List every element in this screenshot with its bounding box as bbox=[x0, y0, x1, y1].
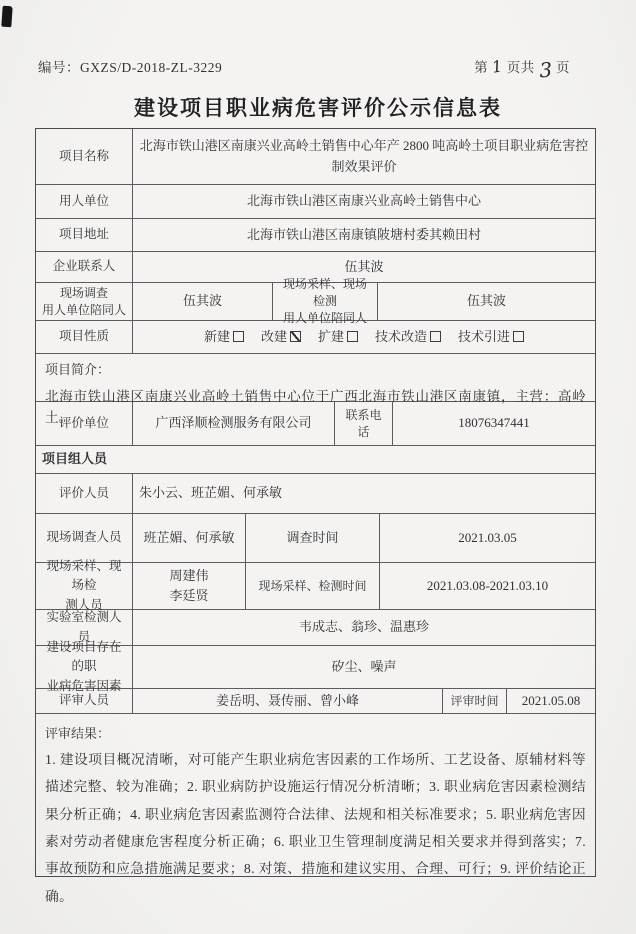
row-review-result: 评审结果： 1. 建设项目概况清晰，对可能产生职业病危害因素的工作场所、工艺设备… bbox=[36, 713, 595, 876]
survey-personnel-label: 现场调查人员 bbox=[36, 514, 132, 562]
row-evaluator-org: 评价单位 广西泽顺检测服务有限公司 联系电话 18076347441 bbox=[36, 401, 595, 445]
survey-escort-value: 伍其波 bbox=[132, 283, 272, 320]
row-project-nature: 项目性质 新建 改建 扩建 技术改造 技术引进 bbox=[36, 320, 595, 353]
project-intro-label: 项目简介： bbox=[45, 360, 110, 380]
project-nature-options: 新建 改建 扩建 技术改造 技术引进 bbox=[132, 321, 595, 353]
checkbox-tech-transform-icon bbox=[430, 331, 441, 342]
sampling-escort-label: 现场采样、现场检测 用人单位陪同人 bbox=[272, 283, 377, 320]
option-new: 新建 bbox=[204, 327, 244, 347]
row-hazards: 建设项目存在的职 业病危害因素 矽尘、噪声 bbox=[36, 645, 595, 688]
handwritten-total-pages: 3 bbox=[538, 58, 553, 83]
row-employer: 用人单位 北海市铁山港区南康兴业高岭土销售中心 bbox=[36, 184, 595, 218]
row-escort: 现场调查 用人单位陪同人 伍其波 现场采样、现场检测 用人单位陪同人 伍其波 bbox=[36, 282, 595, 320]
team-header: 项目组人员 bbox=[36, 446, 595, 473]
form-title: 建设项目职业病危害评价公示信息表 bbox=[0, 92, 636, 122]
row-project-intro: 项目简介： 北海市铁山港区南康兴业高岭土销售中心位于广西北海市铁山港区南康镇，主… bbox=[36, 353, 595, 401]
employer-value: 北海市铁山港区南康兴业高岭土销售中心 bbox=[132, 185, 595, 218]
review-result-text: 1. 建设项目概况清晰，对可能产生职业病危害因素的工作场所、工艺设备、原辅材料等… bbox=[45, 746, 586, 910]
option-rebuild: 改建 bbox=[261, 327, 301, 347]
page-number: 第1页共3页 bbox=[474, 53, 570, 77]
survey-time-label: 调查时间 bbox=[245, 514, 379, 562]
employer-label: 用人单位 bbox=[36, 185, 132, 218]
review-time-label: 评审时间 bbox=[442, 689, 506, 713]
evaluator-org-label: 评价单位 bbox=[36, 402, 132, 445]
row-review: 评审人员 姜岳明、聂传丽、曾小峰 评审时间 2021.05.08 bbox=[36, 688, 595, 713]
page-number-suffix: 页 bbox=[556, 60, 570, 75]
address-label: 项目地址 bbox=[36, 219, 132, 251]
contact-label: 企业联系人 bbox=[36, 252, 132, 282]
evaluators-value: 朱小云、班芷媚、何承敏 bbox=[132, 474, 595, 513]
project-name-label: 项目名称 bbox=[36, 129, 132, 184]
doc-number-value: GXZS/D-2018-ZL-3229 bbox=[80, 60, 222, 75]
checkbox-expand-icon bbox=[347, 331, 358, 342]
row-address: 项目地址 北海市铁山港区南康镇陂塘村委其赖田村 bbox=[36, 218, 595, 251]
survey-time-value: 2021.03.05 bbox=[379, 514, 595, 562]
row-evaluators: 评价人员 朱小云、班芷媚、何承敏 bbox=[36, 473, 595, 513]
row-project-name: 项目名称 北海市铁山港区南康兴业高岭土销售中心年产 2800 吨高岭土项目职业病… bbox=[36, 129, 595, 184]
lab-personnel-value: 韦成志、翁珍、温惠珍 bbox=[132, 610, 595, 645]
review-label: 评审人员 bbox=[36, 689, 132, 713]
sampling-personnel-value: 周建伟 李廷贤 bbox=[132, 563, 245, 609]
handwritten-current-page: 1 bbox=[491, 56, 505, 76]
option-tech-import: 技术引进 bbox=[458, 327, 524, 347]
hazards-label: 建设项目存在的职 业病危害因素 bbox=[36, 646, 132, 688]
page-number-prefix: 第 bbox=[474, 60, 488, 75]
phone-value: 18076347441 bbox=[392, 402, 595, 445]
checkbox-new-icon bbox=[233, 331, 244, 342]
sampling-time-value: 2021.03.08-2021.03.10 bbox=[379, 563, 595, 609]
survey-personnel-value: 班芷媚、何承敏 bbox=[132, 514, 245, 562]
option-expand: 扩建 bbox=[318, 327, 358, 347]
hazards-value: 矽尘、噪声 bbox=[132, 646, 595, 688]
option-tech-transform: 技术改造 bbox=[375, 327, 441, 347]
phone-label: 联系电话 bbox=[334, 402, 392, 445]
checkbox-rebuild-icon bbox=[290, 331, 301, 342]
scan-artifact bbox=[1, 6, 12, 28]
project-intro-cell: 项目简介： 北海市铁山港区南康兴业高岭土销售中心位于广西北海市铁山港区南康镇，主… bbox=[36, 354, 595, 401]
sampling-personnel-label: 现场采样、现场检 测人员 bbox=[36, 563, 132, 609]
info-table: 项目名称 北海市铁山港区南康兴业高岭土销售中心年产 2800 吨高岭土项目职业病… bbox=[35, 128, 596, 877]
evaluators-label: 评价人员 bbox=[36, 474, 132, 513]
address-value: 北海市铁山港区南康镇陂塘村委其赖田村 bbox=[132, 219, 595, 251]
doc-number: 编号：GXZS/D-2018-ZL-3229 bbox=[38, 56, 222, 76]
evaluator-org-value: 广西泽顺检测服务有限公司 bbox=[132, 402, 334, 445]
sampling-escort-value: 伍其波 bbox=[377, 283, 595, 320]
review-result-cell: 评审结果： 1. 建设项目概况清晰，对可能产生职业病危害因素的工作场所、工艺设备… bbox=[36, 714, 595, 876]
project-nature-label: 项目性质 bbox=[36, 321, 132, 353]
review-result-label: 评审结果： bbox=[45, 724, 110, 744]
survey-escort-label: 现场调查 用人单位陪同人 bbox=[36, 283, 132, 320]
doc-number-label: 编号： bbox=[38, 60, 80, 75]
project-name-value: 北海市铁山港区南康兴业高岭土销售中心年产 2800 吨高岭土项目职业病危害控制效… bbox=[132, 129, 595, 184]
checkbox-tech-import-icon bbox=[513, 331, 524, 342]
row-team-header: 项目组人员 bbox=[36, 445, 595, 473]
review-time-value: 2021.05.08 bbox=[506, 689, 595, 713]
page-number-middle: 页共 bbox=[507, 60, 535, 75]
scanned-form-page: 编号：GXZS/D-2018-ZL-3229 第1页共3页 建设项目职业病危害评… bbox=[0, 0, 636, 934]
row-sampling-personnel: 现场采样、现场检 测人员 周建伟 李廷贤 现场采样、检测时间 2021.03.0… bbox=[36, 562, 595, 609]
page-header: 编号：GXZS/D-2018-ZL-3229 第1页共3页 bbox=[38, 53, 570, 77]
sampling-time-label: 现场采样、检测时间 bbox=[245, 563, 379, 609]
review-value: 姜岳明、聂传丽、曾小峰 bbox=[132, 689, 442, 713]
row-survey-personnel: 现场调查人员 班芷媚、何承敏 调查时间 2021.03.05 bbox=[36, 513, 595, 562]
